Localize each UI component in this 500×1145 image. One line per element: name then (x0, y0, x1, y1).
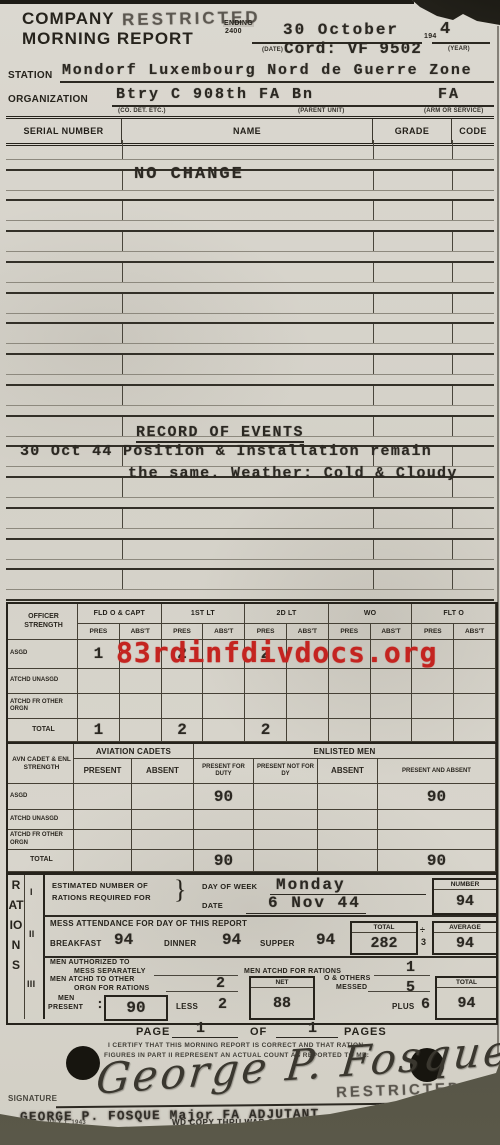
paper-sheet: COMPANY RESTRICTED MORNING REPORT ENDING… (0, 0, 500, 1135)
number-label: NUMBER (434, 880, 496, 890)
grid-cell: 1 (78, 719, 120, 742)
men-present-line2: PRESENT (48, 1004, 83, 1011)
form-title-morning-report: MORNING REPORT (22, 29, 194, 49)
subhead-absent-enlisted: ABSENT (318, 759, 378, 784)
others-value: 5 (406, 979, 415, 996)
subhead-present-for-duty: PRESENT FOR DUTY (194, 759, 254, 784)
subhead-present-not-for-dy: PRESENT NOT FOR DY (254, 759, 318, 784)
grid-cell (120, 669, 162, 694)
organization-value: Btry C 908th FA Bn (116, 86, 314, 103)
row-label-total: TOTAL (8, 719, 78, 742)
atchd-other-line2: ORGN FOR RATIONS (74, 985, 149, 992)
grid-cell (245, 694, 287, 719)
estimated-line2: RATIONS REQUIRED FOR (52, 893, 151, 902)
table-row (6, 263, 494, 294)
breakfast-label: BREAKFAST (50, 939, 102, 948)
grand-total-box: TOTAL 94 (435, 976, 498, 1020)
grid-cell (454, 669, 496, 694)
grid-cell (318, 830, 378, 850)
grid-cell (78, 669, 120, 694)
rations-vertical-label: RATIONS (8, 875, 25, 1019)
date-caption: (DATE) (262, 47, 283, 53)
others-line1: O & OTHERS (324, 975, 371, 982)
year-underline (432, 42, 490, 44)
table-row (6, 324, 494, 355)
plus-value: 6 (421, 996, 430, 1013)
row-label-asgd: ASGD (8, 640, 78, 669)
grid-cell (378, 810, 496, 830)
grid-cell (194, 830, 254, 850)
pages-value: 1 (308, 1020, 317, 1037)
grid-cell (132, 850, 194, 872)
form-title-company: COMPANY (22, 9, 115, 29)
grid-cell (254, 830, 318, 850)
grid-cell (74, 830, 132, 850)
grid-cell (74, 784, 132, 810)
atchd-for-rations-value: 1 (406, 959, 415, 976)
average-value: 94 (434, 933, 496, 953)
authorized-line2: MESS SEPARATELY (74, 968, 146, 975)
table-row (6, 355, 494, 386)
grid-cell: 2 (162, 719, 204, 742)
men-present-value: 90 (106, 997, 166, 1019)
men-present-line1: MEN (58, 995, 74, 1002)
table-row (6, 171, 494, 202)
table-row (6, 386, 494, 417)
grid-cell: 90 (194, 784, 254, 810)
mess-attendance-label: MESS ATTENDANCE FOR DAY OF THIS REPORT (50, 919, 247, 928)
grid-cell (203, 694, 245, 719)
grid-cell (245, 669, 287, 694)
grid-cell: 2 (245, 719, 287, 742)
grid-cell (203, 719, 245, 742)
organization-label: ORGANIZATION (8, 94, 88, 105)
roster-rows: NO CHANGE RECORD OF EVENTS 30 Oct 44 Pos… (6, 140, 494, 601)
grid-cell (371, 669, 413, 694)
grid-cell (254, 850, 318, 872)
officer-strength-title: OFFICER STRENGTH (8, 604, 78, 640)
grid-cell (412, 719, 454, 742)
net-value: 88 (251, 988, 313, 1018)
enl-strength-title: AVN CADET & ENL STRENGTH (8, 744, 74, 784)
form-date: JULY 1, 1943 (46, 1120, 86, 1126)
subhead-absent: ABSENT (132, 759, 194, 784)
grid-cell (78, 694, 120, 719)
subhead-abst: ABS'T (454, 624, 496, 640)
men-present-box: 90 (104, 995, 168, 1021)
scan-top-edge (0, 0, 414, 4)
grid-cell (74, 850, 132, 872)
plus-label: PLUS (392, 1002, 415, 1011)
authorized-line1: MEN AUTHORIZED TO (50, 959, 130, 966)
colon: : (96, 997, 104, 1012)
grid-cell (132, 810, 194, 830)
grid-cell (454, 640, 496, 669)
cord-value: Cord: VF 9502 (284, 40, 422, 58)
grid-cell (132, 784, 194, 810)
group-aviation-cadets: AVIATION CADETS (74, 744, 194, 759)
row-label-atchd-unasgd: ATCHD UNASGD (8, 810, 74, 830)
divider-i-ii (44, 915, 496, 917)
breakfast-value: 94 (114, 931, 133, 949)
atchd-other-value: 2 (216, 975, 225, 992)
grid-cell (329, 694, 371, 719)
day-of-week-label: DAY OF WEEK (202, 882, 257, 891)
grid-cell (329, 719, 371, 742)
group-enlisted-men: ENLISTED MEN (194, 744, 496, 759)
group-flt-o: FLT O (412, 604, 496, 624)
grand-total-value: 94 (437, 988, 496, 1018)
net-box: NET 88 (249, 976, 315, 1020)
grid-cell (318, 810, 378, 830)
table-row (6, 570, 494, 601)
station-underline (60, 81, 494, 83)
grid-cell (287, 719, 329, 742)
table-row (6, 201, 494, 232)
table-row (6, 232, 494, 263)
station-value: Mondorf Luxembourg Nord de Guerre Zone (62, 62, 472, 79)
grid-cell (254, 810, 318, 830)
dinner-label: DINNER (164, 939, 196, 948)
mess-sep-underline (154, 975, 238, 976)
co-det-caption: (CO. DET. ETC.) (118, 108, 166, 114)
subhead-pres: PRES (78, 624, 120, 640)
year-typed: 4 (440, 20, 450, 39)
grid-cell (287, 669, 329, 694)
number-value: 94 (434, 890, 496, 913)
organization-underline (112, 105, 494, 107)
station-label: STATION (8, 70, 53, 81)
grid-cell (162, 694, 204, 719)
ending-label: ENDING (223, 20, 254, 27)
grid-cell (318, 850, 378, 872)
grid-cell (412, 694, 454, 719)
group-1st-lt: 1ST LT (162, 604, 246, 624)
others-underline (368, 991, 430, 992)
page-value: 1 (196, 1020, 205, 1037)
brace-glyph: } (174, 875, 186, 905)
grid-cell: 90 (378, 784, 496, 810)
grid-cell (254, 784, 318, 810)
grid-cell (371, 694, 413, 719)
report-date-value: 30 October (283, 21, 399, 39)
record-of-events-title: RECORD OF EVENTS (136, 424, 304, 443)
grid-cell (287, 694, 329, 719)
grid-cell (371, 719, 413, 742)
others-line2: MESSED (336, 984, 367, 991)
rations-roman-column (25, 875, 45, 1019)
section-iii: III (27, 979, 35, 989)
table-row (6, 140, 494, 171)
table-row (6, 294, 494, 325)
grid-cell (329, 669, 371, 694)
copy-note: WD COPY THRU WAR OR SCU (172, 1118, 303, 1127)
table-row (6, 478, 494, 509)
grid-cell (412, 669, 454, 694)
less-value: 2 (218, 996, 227, 1013)
supper-value: 94 (316, 931, 335, 949)
grid-cell (120, 694, 162, 719)
officer-strength-table: OFFICER STRENGTH FLD O & CAPT 1ST LT 2D … (6, 602, 498, 744)
row-label-atchd-unasgd: ATCHD UNASGD (8, 669, 78, 694)
atchd-for-rations-underline (374, 975, 430, 976)
roster-entry-no-change: NO CHANGE (134, 165, 244, 184)
table-row (6, 509, 494, 540)
divide-by: 3 (421, 937, 426, 947)
watermark-text: 83rdinfdivdocs.org (116, 636, 437, 669)
section-i: I (30, 887, 33, 897)
of-label: OF (250, 1026, 267, 1038)
row-label-atchd-fr-other: ATCHD FR OTHER ORGN (8, 830, 74, 850)
grid-cell (162, 669, 204, 694)
group-fld-o-capt: FLD O & CAPT (78, 604, 162, 624)
rations-section: RATIONS I II III ESTIMATED NUMBER OF RAT… (6, 872, 498, 1025)
enlisted-strength-table: AVN CADET & ENL STRENGTH AVIATION CADETS… (6, 742, 498, 874)
grid-cell (454, 694, 496, 719)
grid-cell: 90 (194, 850, 254, 872)
page-label: PAGE (136, 1026, 170, 1038)
grand-total-label: TOTAL (437, 978, 496, 988)
record-of-events-line1: 30 Oct 44 Position & Installation remain (20, 443, 432, 460)
date-label: DATE (202, 901, 223, 910)
group-2d-lt: 2D LT (245, 604, 329, 624)
grid-cell (203, 669, 245, 694)
subhead-present: PRESENT (74, 759, 132, 784)
scanned-morning-report: COMPANY RESTRICTED MORNING REPORT ENDING… (0, 0, 500, 1145)
year-printed: 194 (424, 33, 437, 40)
page-underline (172, 1037, 238, 1038)
section-ii: II (29, 929, 35, 939)
grid-cell (454, 719, 496, 742)
signature-label: SIGNATURE (8, 1094, 57, 1103)
grid-cell (120, 719, 162, 742)
record-of-events-line2: the same. Weather: Cold & Cloudy (128, 465, 458, 482)
atchd-for-rations-label: MEN ATCHD FOR RATIONS (244, 968, 341, 975)
rations-date-value: 6 Nov 44 (268, 894, 361, 912)
arm-caption: (ARM OR SERVICE) (424, 108, 483, 114)
ending-time: 2400 (225, 28, 242, 35)
number-box: NUMBER 94 (432, 878, 498, 915)
row-label-total: TOTAL (8, 850, 74, 872)
year-caption: (YEAR) (448, 46, 470, 52)
atchd-other-line1: MEN ATCHD TO OTHER (50, 976, 135, 983)
atchd-other-underline (166, 991, 238, 992)
grid-cell (132, 830, 194, 850)
group-wo: WO (329, 604, 413, 624)
grid-cell (378, 830, 496, 850)
table-row (6, 540, 494, 571)
arm-value: FA (438, 86, 460, 103)
less-label: LESS (176, 1002, 198, 1011)
row-label-atchd-fr-other: ATCHD FR OTHER ORGN (8, 694, 78, 719)
day-of-week-value: Monday (276, 876, 346, 894)
net-label: NET (251, 978, 313, 988)
dinner-value: 94 (222, 931, 241, 949)
mess-total-box: TOTAL 282 (350, 921, 418, 955)
grid-cell: 1 (78, 640, 120, 669)
average-label: AVERAGE (434, 923, 496, 933)
row-label-asgd: ASGD (8, 784, 74, 810)
grid-cell (194, 810, 254, 830)
mess-total-label: TOTAL (352, 923, 416, 933)
supper-label: SUPPER (260, 939, 295, 948)
punch-hole-left (66, 1046, 100, 1080)
mess-total-value: 282 (352, 933, 416, 953)
divider-ii-iii (44, 956, 496, 958)
grid-cell (74, 810, 132, 830)
grid-cell: 90 (378, 850, 496, 872)
average-box: AVERAGE 94 (432, 921, 498, 955)
parent-unit-caption: (PARENT UNIT) (298, 108, 344, 114)
estimated-line1: ESTIMATED NUMBER OF (52, 881, 148, 890)
divide-symbol: ÷ (420, 925, 425, 935)
subhead-present-and-absent: PRESENT AND ABSENT (378, 759, 496, 784)
grid-cell (318, 784, 378, 810)
rations-date-underline (246, 913, 366, 914)
